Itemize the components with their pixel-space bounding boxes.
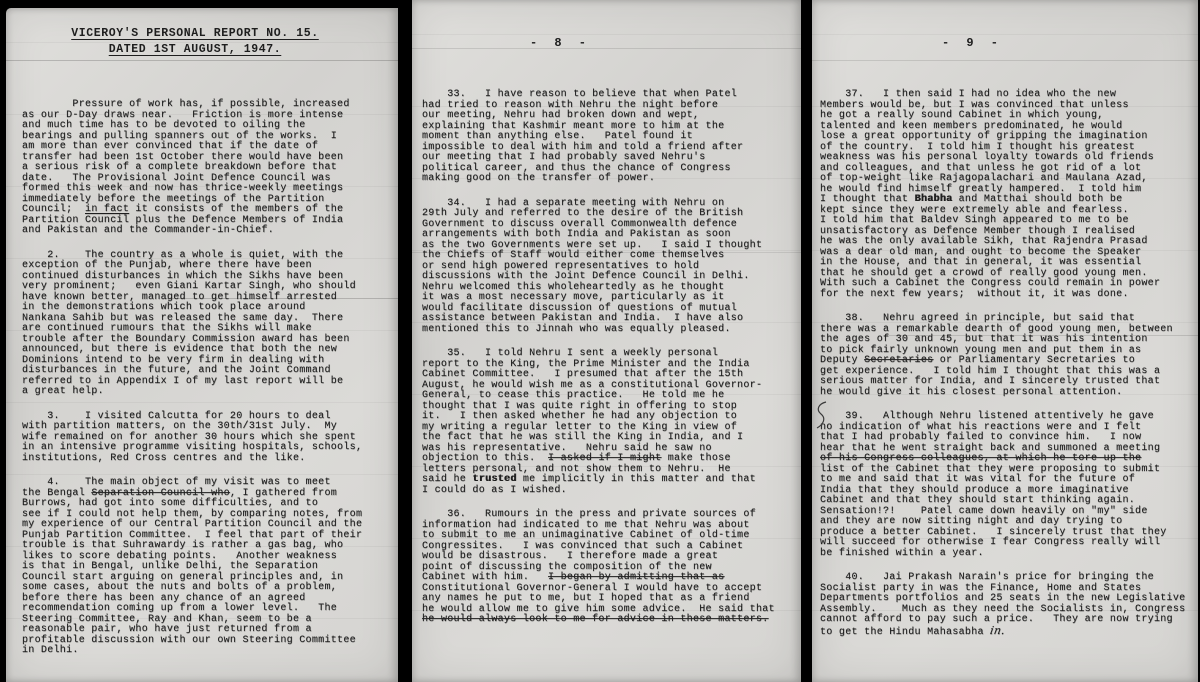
paragraph: 37. I then said I had no idea who the ne…: [820, 90, 1194, 300]
paragraph: 39. Although Nehru listened attentively …: [820, 412, 1194, 559]
page-3: - 9 - 37. I then said I had no idea who …: [812, 0, 1198, 682]
page-3-content: - 9 - 37. I then said I had no idea who …: [812, 0, 1198, 638]
paragraph: 2. The country as a whole is quiet, with…: [22, 251, 392, 398]
report-title: VICEROY'S PERSONAL REPORT NO. 15.DATED 1…: [22, 26, 392, 58]
page-1: VICEROY'S PERSONAL REPORT NO. 15.DATED 1…: [6, 8, 398, 682]
page-2-content: - 8 - 33. I have reason to believe that …: [412, 0, 801, 626]
handwritten-margin-squiggle: [814, 400, 830, 430]
page-number: - 8 -: [422, 36, 797, 50]
paragraph: Pressure of work has, if possible, incre…: [22, 100, 392, 237]
paragraph: 35. I told Nehru I sent a weekly persona…: [422, 349, 797, 496]
page-number: - 9 -: [820, 36, 1194, 50]
page-1-content: VICEROY'S PERSONAL REPORT NO. 15.DATED 1…: [6, 8, 398, 657]
report-title-line: DATED 1ST AUGUST, 1947.: [109, 42, 282, 58]
document-scan: VICEROY'S PERSONAL REPORT NO. 15.DATED 1…: [0, 0, 1200, 682]
page-2: - 8 - 33. I have reason to believe that …: [412, 0, 801, 682]
paragraph: 3. I visited Calcutta for 20 hours to de…: [22, 412, 392, 465]
paragraph: 4. The main object of my visit was to me…: [22, 478, 392, 657]
report-title-line: VICEROY'S PERSONAL REPORT NO. 15.: [71, 26, 319, 42]
paragraph: 40. Jai Prakash Narain's price for bring…: [820, 573, 1194, 638]
paragraph: 33. I have reason to believe that when P…: [422, 90, 797, 185]
paragraph: 36. Rumours in the press and private sou…: [422, 510, 797, 626]
paragraph: 34. I had a separate meeting with Nehru …: [422, 199, 797, 336]
handwritten-insertion: in.: [989, 626, 1006, 637]
paragraph: 38. Nehru agreed in principle, but said …: [820, 314, 1194, 398]
